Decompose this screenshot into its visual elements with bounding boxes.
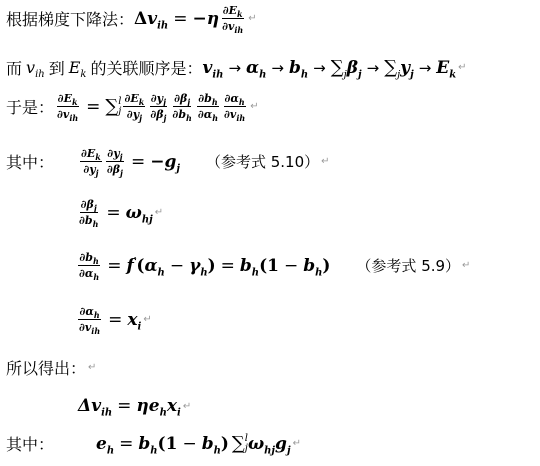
arrow-icon: → — [367, 59, 380, 77]
return-mark-icon: ↵ — [462, 260, 470, 271]
association-order-line: 而 vih 到 Ek 的关联顺序是： vih → αh → bh → ∑j βj… — [6, 56, 467, 79]
delta-v-result-line: Δvih = ηehxi ↵ — [78, 396, 191, 416]
sum-icon: ∑lj — [232, 433, 248, 454]
chain-rule-line: 于是： ∂Ek ∂vih = ∑lj ∂Ek ∂yj ∂yj ∂βj ∂βj ∂… — [6, 92, 259, 121]
beta-b-line: ∂βj ∂bh = ωhj ↵ — [76, 198, 163, 227]
fraction-dEk-dvih: ∂Ek ∂vih — [221, 4, 244, 33]
return-mark-icon: ↵ — [458, 62, 466, 73]
return-mark-icon: ↵ — [88, 362, 96, 373]
return-mark-icon: ↵ — [155, 207, 163, 218]
return-mark-icon: ↵ — [293, 438, 301, 449]
return-mark-icon: ↵ — [143, 314, 151, 325]
where-eh-line: 其中： eh = bh(1 − bh) ∑lj ωhjgj ↵ — [6, 432, 301, 455]
return-mark-icon: ↵ — [321, 156, 329, 167]
arrow-icon: → — [313, 59, 326, 77]
return-mark-icon: ↵ — [183, 401, 191, 412]
reference-note: （参考式 5.9） — [356, 255, 460, 276]
reference-note: （参考式 5.10） — [206, 151, 319, 172]
sum-icon: ∑lj — [105, 96, 121, 117]
b-alpha-line: ∂bh ∂αh = f′(αh − γh) = bh(1 − bh) （参考式 … — [76, 251, 470, 280]
gradient-descent-line: 根据梯度下降法： Δvih = −η ∂Ek ∂vih ↵ — [6, 4, 257, 33]
sum-icon: ∑j — [331, 57, 347, 78]
gradient-descent-label: 根据梯度下降法： — [6, 7, 134, 30]
alpha-v-line: ∂αh ∂vih = xi ↵ — [76, 305, 152, 334]
arrow-icon: → — [228, 59, 241, 77]
return-mark-icon: ↵ — [250, 101, 258, 112]
therefore-line: 所以得出： ↵ — [6, 356, 96, 379]
return-mark-icon: ↵ — [248, 13, 256, 24]
arrow-icon: → — [271, 59, 284, 77]
where-gj-line: 其中： ∂Ek ∂yj ∂yj ∂βj = −gj （参考式 5.10） ↵ — [6, 147, 330, 176]
neg-eta: −η — [192, 9, 219, 29]
delta-v-ih: Δvih — [134, 9, 168, 29]
arrow-icon: → — [419, 59, 432, 77]
sum-icon: ∑j — [384, 57, 400, 78]
